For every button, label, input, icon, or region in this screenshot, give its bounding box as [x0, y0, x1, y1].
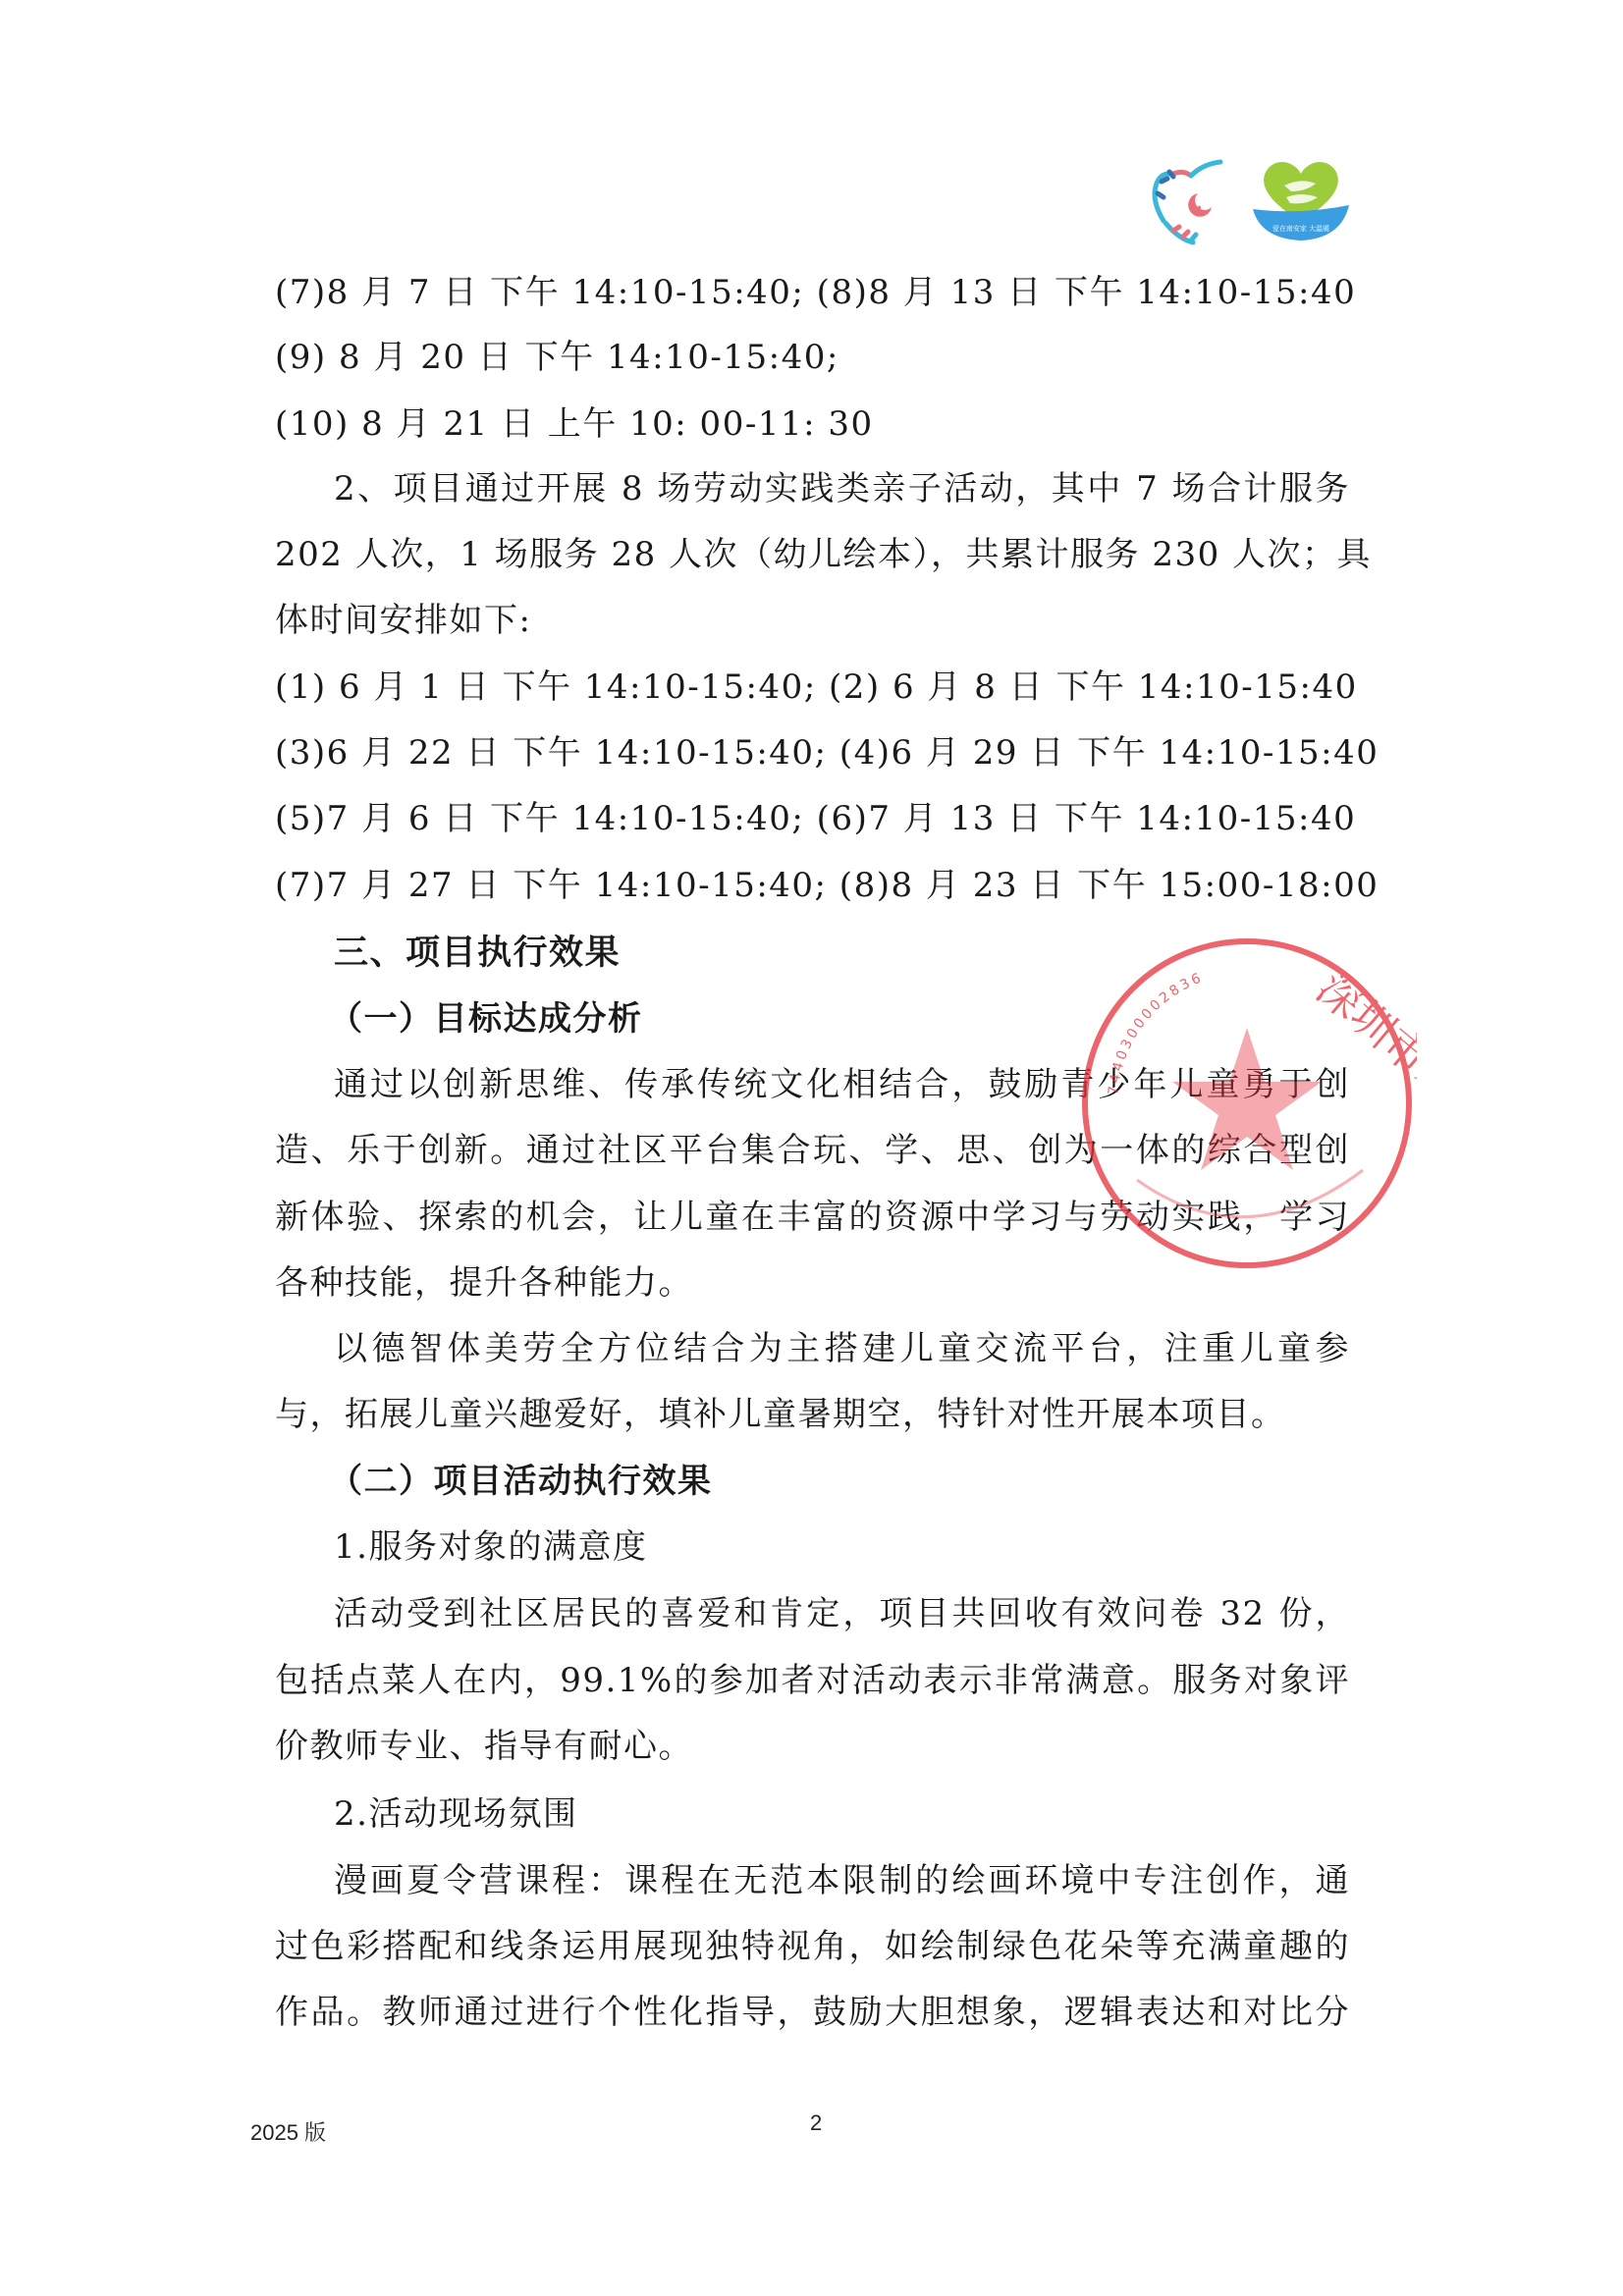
paragraph-line: 各种技能，提升各种能力。: [275, 1263, 693, 1303]
paragraph-line: 新体验、探索的机会，让儿童在丰富的资源中学习与劳动实践，学习: [275, 1198, 1350, 1237]
schedule-line: (5)7 月 6 日 下午 14:10-15:40; (6)7 月 13 日 下…: [275, 799, 1356, 838]
section-heading: 三、项目执行效果: [334, 934, 621, 973]
svg-text:爱在南安家 大温暖: 爱在南安家 大温暖: [1272, 224, 1329, 233]
schedule-line: (9) 8 月 20 日 下午 14:10-15:40;: [275, 338, 839, 377]
item2-paragraph-line: 2、项目通过开展 8 场劳动实践类亲子活动，其中 7 场合计服务: [334, 469, 1350, 508]
paragraph-line: 以德智体美劳全方位结合为主搭建儿童交流平台，注重儿童参: [334, 1329, 1350, 1368]
subsection-heading: （一）目标达成分析: [329, 999, 643, 1039]
page-number: 2: [810, 2110, 822, 2136]
schedule-line: (7)7 月 27 日 下午 14:10-15:40; (8)8 月 23 日 …: [275, 866, 1379, 905]
paragraph-line: 通过以创新思维、传承传统文化相结合，鼓励青少年儿童勇于创: [334, 1065, 1350, 1104]
paragraph-line: 造、乐于创新。通过社区平台集合玩、学、思、创为一体的综合型创: [275, 1131, 1350, 1170]
point-heading: 2.活动现场氛围: [334, 1794, 577, 1834]
paragraph-line: 包括点菜人在内，99.1%的参加者对活动表示非常满意。服务对象评: [275, 1661, 1350, 1700]
paragraph-line: 与，拓展儿童兴趣爱好，填补儿童暑期空，特针对性开展本项目。: [275, 1395, 1286, 1434]
footer-version: 2025 版: [250, 2116, 326, 2147]
item2-paragraph-line: 体时间安排如下:: [275, 601, 531, 640]
point-heading: 1.服务对象的满意度: [334, 1527, 647, 1567]
paragraph-line: 作品。教师通过进行个性化指导，鼓励大胆想象，逻辑表达和对比分: [275, 1993, 1350, 2032]
schedule-line: (3)6 月 22 日 下午 14:10-15:40; (4)6 月 29 日 …: [275, 733, 1379, 773]
item2-paragraph-line: 202 人次，1 场服务 28 人次（幼儿绘本），共累计服务 230 人次；具: [275, 535, 1350, 574]
paragraph-line: 活动受到社区居民的喜爱和肯定，项目共回收有效问卷 32 份，: [334, 1594, 1350, 1633]
header-logos: 爱在南安家 大温暖: [1144, 152, 1380, 250]
care-hands-logo-icon: 爱在南安家 大温暖: [1247, 152, 1355, 245]
paragraph-line: 过色彩搭配和线条运用展现独特视角，如绘制绿色花朵等充满童趣的: [275, 1927, 1350, 1966]
paragraph-line: 价教师专业、指导有耐心。: [275, 1727, 693, 1766]
schedule-line: (7)8 月 7 日 下午 14:10-15:40; (8)8 月 13 日 下…: [275, 273, 1356, 312]
document-page: 爱在南安家 大温暖 (7)8 月 7 日 下午 14:10-15:40; (8)…: [0, 0, 1623, 2296]
party-heart-logo-icon: [1144, 152, 1237, 245]
schedule-line: (10) 8 月 21 日 上午 10: 00-11: 30: [275, 404, 874, 444]
subsection-heading: （二）项目活动执行效果: [329, 1462, 713, 1501]
schedule-line: (1) 6 月 1 日 下午 14:10-15:40; (2) 6 月 8 日 …: [275, 667, 1358, 707]
paragraph-line: 漫画夏令营课程：课程在无范本限制的绘画环境中专注创作，通: [334, 1861, 1350, 1900]
